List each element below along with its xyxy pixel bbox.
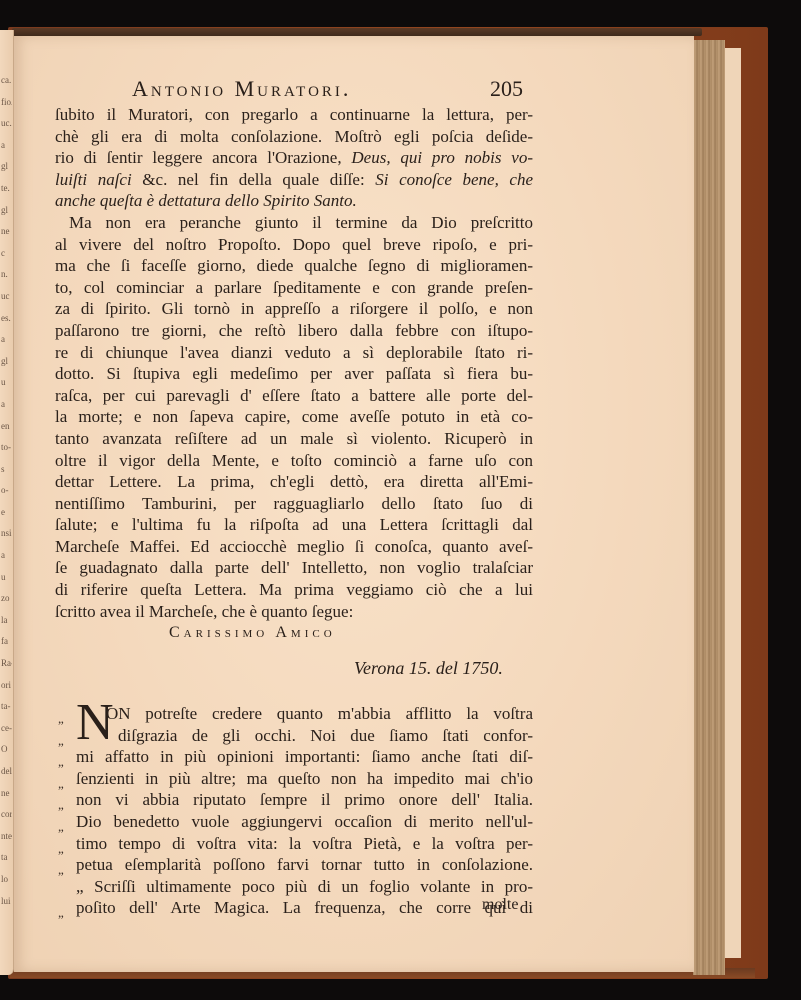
facing-page-fragment-line: c (1, 243, 12, 265)
body-line: to, col cominciar a parlare ſpeditamente… (55, 277, 533, 299)
facing-page-fragment-line: fa (1, 631, 12, 653)
facing-page-fragment-line: ne (1, 221, 12, 243)
quotation-marks-column: „ „ „ „ „ „ „ „ „ (58, 708, 72, 924)
body-line: oltre il vigor della Mente, e toſto comi… (55, 450, 533, 472)
facing-page-fragment: ca.fio.uc.aglte.glnecn.uces.agluaento-so… (0, 30, 14, 975)
body-line: dettar Lettere. La prima, ch'egli dettò,… (55, 471, 533, 493)
facing-page-fragment-line: O (1, 739, 12, 761)
quote-mark: „ (58, 773, 72, 795)
facing-page-fragment-line: uc (1, 286, 12, 308)
facing-page-fragment-line: a (1, 394, 12, 416)
letter-line: ſenzienti in più altre; ma queſto non ha… (76, 768, 533, 790)
body-line: anche queſta è dettatura dello Spirito S… (55, 190, 533, 212)
facing-page-fragment-line: nsi (1, 523, 12, 545)
letter-line: poſito dell' Arte Magica. La frequenza, … (76, 897, 533, 919)
facing-page-fragment-line: ce- (1, 718, 12, 740)
facing-page-fragment-line: a (1, 135, 12, 157)
facing-page-fragment-line: ta- (1, 696, 12, 718)
facing-page-fragment-line: lo (1, 869, 12, 891)
quote-mark: „ (58, 794, 72, 816)
facing-page-fragment-line: te. (1, 178, 12, 200)
quote-mark: „ (58, 708, 72, 730)
facing-page-fragment-line: lui (1, 891, 12, 913)
facing-page-fragment-line: gl (1, 200, 12, 222)
facing-page-fragment-line: s (1, 459, 12, 481)
body-line: la morte; e non ſapeva capire, come aveſ… (55, 406, 533, 428)
facing-page-fragment-line: nte (1, 826, 12, 848)
body-line: za di ſpirito. Gli tornò in appreſſo a r… (55, 298, 533, 320)
facing-page-fragment-line: a (1, 329, 12, 351)
body-line: ſe guadagnato dalla parte dell' Intellet… (55, 557, 533, 579)
facing-page-fragment-line: Ra- (1, 653, 12, 675)
body-text: ſubito il Muratori, con pregarlo a conti… (55, 104, 533, 622)
letter-heading: Carissimo Amico (169, 624, 336, 642)
facing-page-fragment-line: u (1, 372, 12, 394)
letter-dateline: Verona 15. del 1750. (354, 658, 503, 679)
body-line: luiſti naſci &c. nel fin della quale diſ… (55, 169, 533, 191)
facing-page-text: ca.fio.uc.aglte.glnecn.uces.agluaento-so… (1, 70, 12, 912)
body-line: Ma non era peranche giunto il termine da… (55, 212, 533, 234)
quote-mark: „ (58, 816, 72, 838)
body-line: Marcheſe Maffei. Ed acciocchè meglio ſi … (55, 536, 533, 558)
facing-page-fragment-line: uc. (1, 113, 12, 135)
quote-mark: „ (58, 859, 72, 881)
body-line: chè gli era di molta conſolazione. Moſtr… (55, 126, 533, 148)
page-edges (693, 40, 725, 975)
body-line: re di chiunque l'avea dianzi veduto a sì… (55, 342, 533, 364)
facing-page-fragment-line: ca. (1, 70, 12, 92)
body-line: raſca, per cui parevagli d' eſſere ſtato… (55, 385, 533, 407)
facing-page-fragment-line: gl (1, 351, 12, 373)
facing-page-fragment-line: fio. (1, 92, 12, 114)
quote-mark: „ (58, 730, 72, 752)
body-line: di riferire queſta Lettera. Ma prima veg… (55, 579, 533, 601)
body-line: ma che ſi faceſſe giorno, diede qualche … (55, 255, 533, 277)
facing-page-fragment-line: la (1, 610, 12, 632)
body-line: dotto. Si ſtupiva egli medeſimo per aver… (55, 363, 533, 385)
cover-top-edge (12, 28, 702, 36)
letter-line: Dio benedetto vuole aggiungervi occaſion… (76, 811, 533, 833)
body-line: tanto avanzata reſiſtere ad un male sì v… (55, 428, 533, 450)
facing-page-fragment-line: e (1, 502, 12, 524)
letter-line: ON potreſte credere quanto m'abbia affli… (76, 703, 533, 725)
facing-page-fragment-line: ta (1, 847, 12, 869)
body-line: al vivere del noſtro Propoſto. Dopo quel… (55, 234, 533, 256)
letter-line: diſgrazia de gli occhi. Noi due ſiamo ſt… (76, 725, 533, 747)
body-line: rio di ſentir leggere ancora l'Orazione,… (55, 147, 533, 169)
catchword: molte (482, 896, 518, 914)
letter-line: petua eſemplarità poſſono farvi tornar t… (76, 854, 533, 876)
body-line: paſſarono tre giorni, che reſtò libero d… (55, 320, 533, 342)
facing-page-fragment-line: o- (1, 480, 12, 502)
facing-page-fragment-line: ori (1, 675, 12, 697)
letter-line: non vi abbia riputato ſempre il primo on… (76, 789, 533, 811)
facing-page-fragment-line: gl (1, 156, 12, 178)
page-number: 205 (490, 76, 523, 102)
letter-line: mi affatto in più opinioni importanti: ſ… (76, 746, 533, 768)
facing-page-fragment-line: zo (1, 588, 12, 610)
body-line: ſcritto avea il Marcheſe, che è quanto ſ… (55, 601, 533, 623)
facing-page-fragment-line: es. (1, 308, 12, 330)
book-page: Antonio Muratori. 205 ſubito il Muratori… (14, 36, 694, 972)
letter-line: timo tempo di voſtra vita: la voſtra Pie… (76, 833, 533, 855)
facing-page-fragment-line: cor (1, 804, 12, 826)
quote-mark (58, 881, 72, 903)
facing-page-fragment-line: en (1, 416, 12, 438)
body-line: ſubito il Muratori, con pregarlo a conti… (55, 104, 533, 126)
letter-text: ON potreſte credere quanto m'abbia affli… (76, 703, 533, 919)
letter-line: „ Scriſſi ultimamente poco più di un fog… (76, 876, 533, 898)
facing-page-fragment-line: n. (1, 264, 12, 286)
running-head: Antonio Muratori. (132, 76, 552, 102)
facing-page-fragment-line: ne (1, 783, 12, 805)
body-line: ſalute; e l'ultima fu la riſpoſta ad una… (55, 514, 533, 536)
facing-page-fragment-line: u (1, 567, 12, 589)
facing-page-fragment-line: del (1, 761, 12, 783)
body-line: nentiſſimo Tamburini, per ragguagliarlo … (55, 493, 533, 515)
facing-page-fragment-line: a (1, 545, 12, 567)
quote-mark: „ (58, 751, 72, 773)
endpaper (725, 48, 741, 958)
quote-mark: „ (58, 838, 72, 860)
facing-page-fragment-line: to- (1, 437, 12, 459)
quote-mark: „ (58, 902, 72, 924)
